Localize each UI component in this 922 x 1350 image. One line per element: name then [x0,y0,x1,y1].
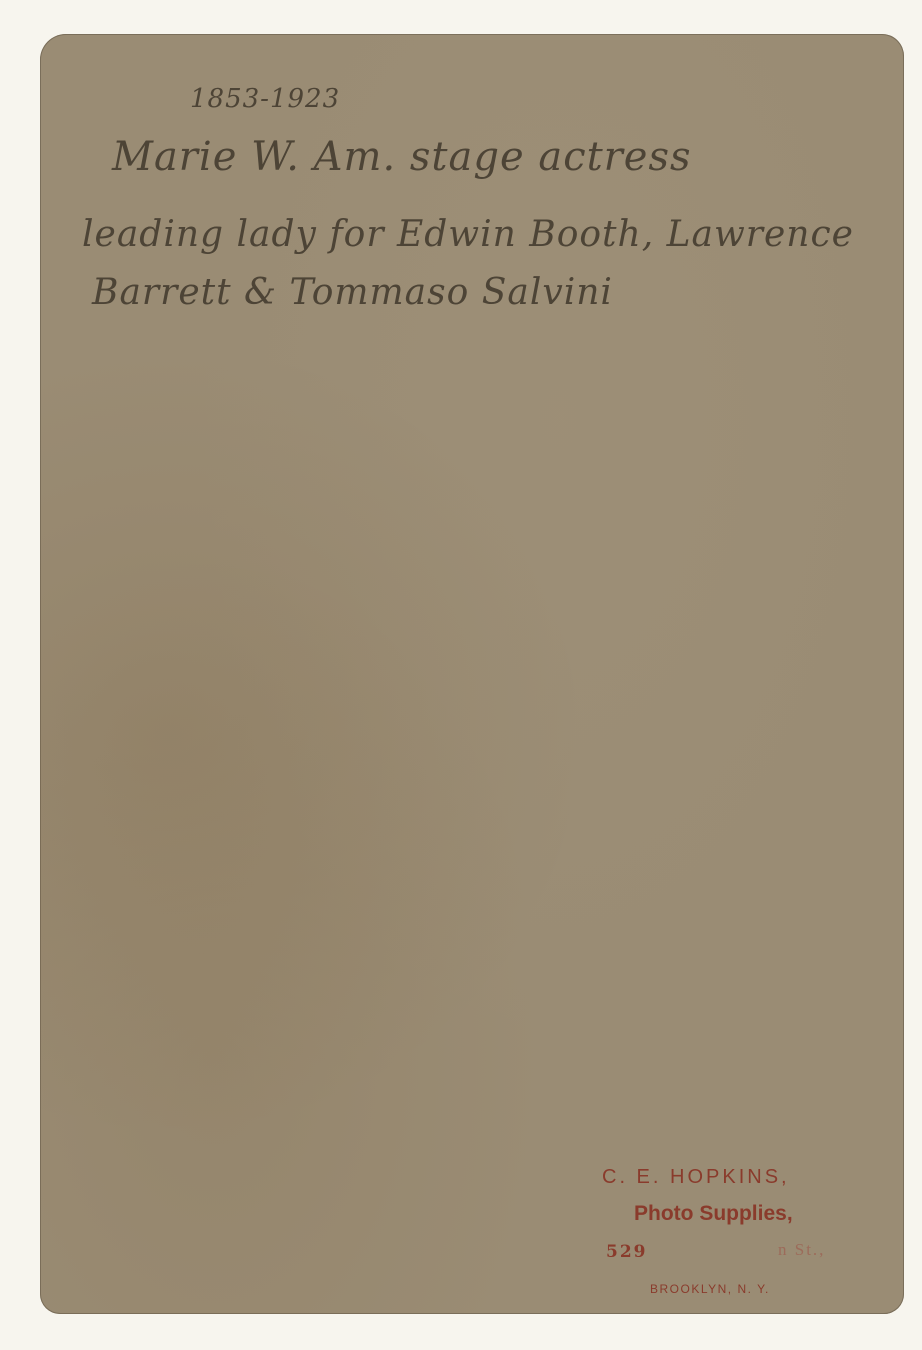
handwritten-description-line: leading lady for Edwin Booth, Lawrence [82,214,854,255]
stamp-street-name: n St., [778,1240,825,1260]
stamp-business-name: C. E. HOPKINS, [602,1166,790,1189]
handwritten-dates: 1853-1923 [190,84,340,114]
stamp-street-number: 529 [606,1242,648,1262]
cabinet-card-back: 1853-1923 Marie W. Am. stage actress lea… [40,34,904,1314]
handwritten-name-line: Marie W. Am. stage actress [112,134,692,180]
handwritten-description-line-2: Barrett & Tommaso Salvini [92,272,613,313]
stamp-business-type: Photo Supplies, [634,1202,793,1226]
stamp-city: BROOKLYN, N. Y. [650,1282,770,1296]
